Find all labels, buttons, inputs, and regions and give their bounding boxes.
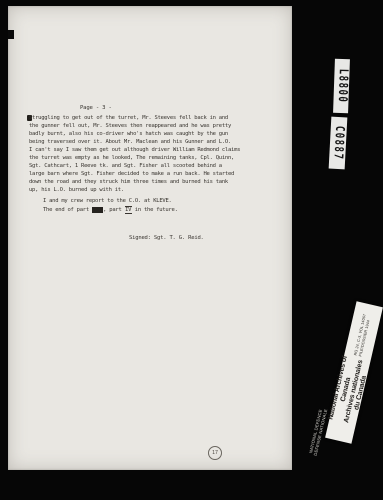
text-line: down the road and they struck him three …	[29, 178, 269, 186]
strip-spacer	[338, 425, 343, 441]
stamp-digits-bottom: C0887	[330, 125, 345, 160]
signature-line: Signed: Sgt. T. G. Reid.	[129, 235, 204, 241]
text-line: up, his L.O. burned up with it.	[29, 186, 269, 194]
text-line: large barn where Sgt. Fisher decided to …	[29, 170, 269, 178]
text-line: Sgt. Cathcart, 1 Reeve tk. and Sgt. Fish…	[29, 162, 269, 170]
typewritten-paragraph: Struggling to get out of the turret, Mr.…	[29, 114, 269, 194]
microfilm-number-stamp-bottom: C0887	[329, 117, 348, 170]
boxed-numeral: IV	[125, 206, 132, 214]
archives-reference: RG 24, C-3, VOL 14067 FILE/DOSSIER 1944	[353, 303, 374, 357]
part-line-suffix: in the future.	[132, 207, 178, 213]
part-line-middle: , part	[103, 207, 124, 213]
text-line: being traversed over it. About Mr. Macle…	[29, 138, 269, 146]
circled-page-stamp: 17	[208, 446, 222, 460]
text-line: badly burnt, also his co-driver who's ha…	[29, 130, 269, 138]
archives-label-strip: National Archives of Canada Archives nat…	[325, 301, 383, 443]
text-line: the gunner fell out, Mr. Steeves then re…	[29, 122, 269, 130]
closing-paragraph: I and my crew report to the C.O. at KLEV…	[43, 197, 273, 214]
part-line-prefix: The end of part	[43, 207, 92, 213]
microfilm-number-stamp-top: L8800	[333, 59, 350, 113]
film-registration-mark	[8, 30, 14, 39]
stamp-digits-top: L8800	[334, 68, 349, 103]
page-number-header: Page - 3 -	[80, 105, 112, 111]
text-line: I can't say I saw them get out although …	[29, 146, 269, 154]
archives-title: National Archives of Canada Archives nat…	[327, 353, 373, 429]
part-line: The end of part III, part IV in the futu…	[43, 206, 273, 215]
report-line: I and my crew report to the C.O. at KLEV…	[43, 197, 273, 206]
text-line: the turret was empty as he looked, The r…	[29, 154, 269, 162]
text-line: Struggling to get out of the turret, Mr.…	[29, 114, 269, 122]
blacked-out-numeral: III	[92, 207, 103, 213]
